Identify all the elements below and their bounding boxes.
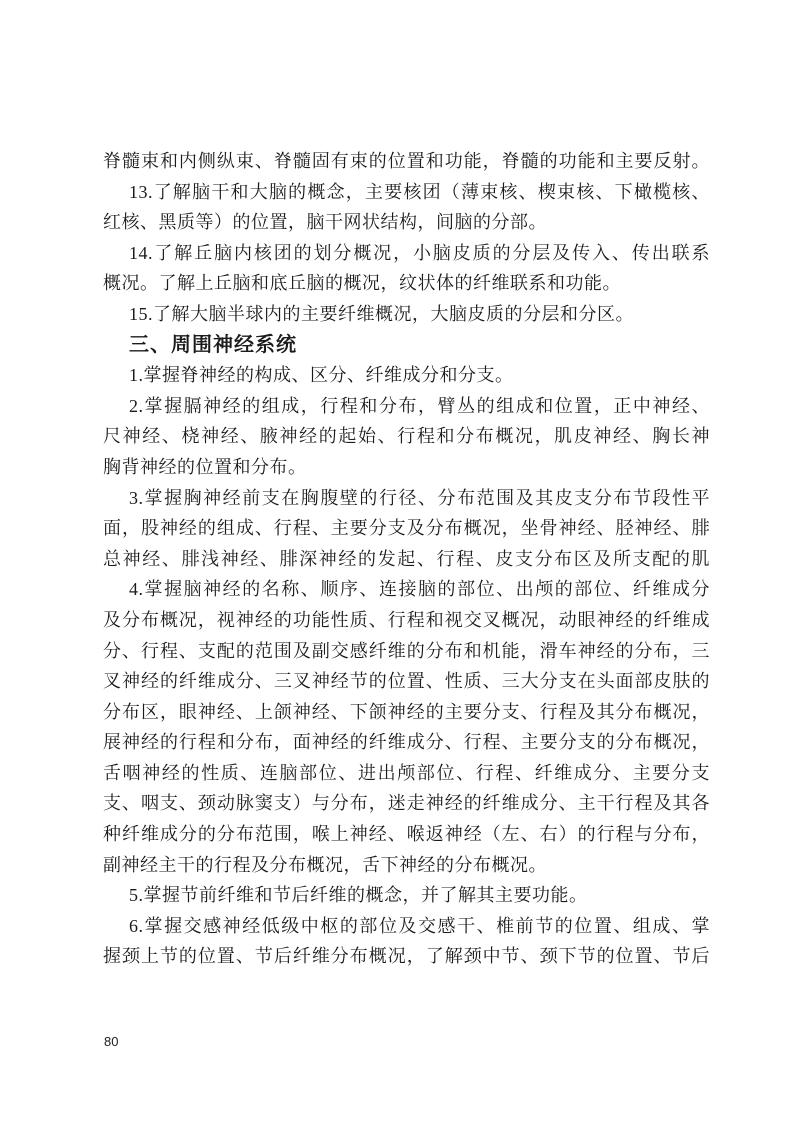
text-line: 2.掌握膈神经的组成，行程和分布，臂丛的组成和位置，正中神经、 [103, 391, 710, 422]
text-line: 分布区，眼神经、上颌神经、下颌神经的主要分支、行程及其分布概况， [103, 697, 710, 728]
text-line: 握颈上节的位置、节后纤维分布概况，了解颈中节、颈下节的位置、节后 [103, 941, 710, 972]
text-line: 副神经主干的行程及分布概况，舌下神经的分布概况。 [103, 850, 710, 881]
text-line: 胸背神经的位置和分布。 [103, 452, 710, 483]
text-line: 13.了解脑干和大脑的概念，主要核团（薄束核、楔束核、下橄榄核、 [103, 177, 710, 208]
text-block: 脊髓束和内侧纵束、脊髓固有束的位置和功能，脊髓的功能和主要反射。13.了解脑干和… [103, 146, 710, 972]
text-line: 展神经的行程和分布，面神经的纤维成分、行程、主要分支的分布概况， [103, 727, 710, 758]
text-line: 5.掌握节前纤维和节后纤维的概念，并了解其主要功能。 [103, 880, 710, 911]
text-line: 支、咽支、颈动脉窦支）与分布，迷走神经的纤维成分、主干行程及其各 [103, 788, 710, 819]
text-line: 3.掌握胸神经前支在胸腹壁的行径、分布范围及其皮支分布节段性平 [103, 483, 710, 514]
text-line: 种纤维成分的分布范围，喉上神经、喉返神经（左、右）的行程与分布， [103, 819, 710, 850]
text-line: 总神经、腓浅神经、腓深神经的发起、行程、皮支分布区及所支配的肌群。 [103, 544, 710, 575]
page-number: 80 [104, 1034, 118, 1049]
text-line: 6.掌握交感神经低级中枢的部位及交感干、椎前节的位置、组成、掌 [103, 911, 710, 942]
text-line: 1.掌握脊神经的构成、区分、纤维成分和分支。 [103, 360, 710, 391]
text-line: 叉神经的纤维成分、三叉神经节的位置、性质、三大分支在头面部皮肤的 [103, 666, 710, 697]
section-heading: 三、周围神经系统 [103, 330, 710, 361]
text-line: 分、行程、支配的范围及副交感纤维的分布和机能，滑车神经的分布，三 [103, 636, 710, 667]
text-line: 及分布概况，视神经的功能性质、行程和视交叉概况，动眼神经的纤维成 [103, 605, 710, 636]
text-line: 14.了解丘脑内核团的划分概况，小脑皮质的分层及传入、传出联系 [103, 238, 710, 269]
text-line: 概况。了解上丘脑和底丘脑的概况，纹状体的纤维联系和功能。 [103, 268, 710, 299]
document-page: 脊髓束和内侧纵束、脊髓固有束的位置和功能，脊髓的功能和主要反射。13.了解脑干和… [0, 0, 793, 1122]
text-line: 红核、黑质等）的位置，脑干网状结构，间脑的分部。 [103, 207, 710, 238]
text-line: 尺神经、桡神经、腋神经的起始、行程和分布概况，肌皮神经、胸长神经、 [103, 421, 710, 452]
text-line: 脊髓束和内侧纵束、脊髓固有束的位置和功能，脊髓的功能和主要反射。 [103, 146, 710, 177]
text-line: 4.掌握脑神经的名称、顺序、连接脑的部位、出颅的部位、纤维成分 [103, 574, 710, 605]
text-line: 15.了解大脑半球内的主要纤维概况，大脑皮质的分层和分区。 [103, 299, 710, 330]
text-line: 面，股神经的组成、行程、主要分支及分布概况，坐骨神经、胫神经、腓 [103, 513, 710, 544]
text-line: 舌咽神经的性质、连脑部位、进出颅部位、行程、纤维成分、主要分支（舌 [103, 758, 710, 789]
